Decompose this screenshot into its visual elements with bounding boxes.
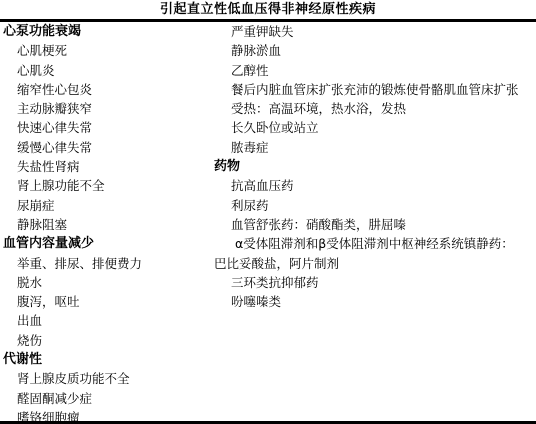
- section-heading-drugs: 药物: [214, 157, 536, 176]
- section-heading-volume-depletion: 血管内容量减少: [3, 234, 208, 253]
- list-item: 失盐性肾病: [3, 157, 208, 176]
- list-item: 脱水: [3, 273, 208, 292]
- list-item: 肾上腺功能不全: [3, 176, 208, 195]
- list-item: 缓慢心律失常: [3, 138, 208, 157]
- list-item-wrapped-line1: α受体阻滞剂和β受体阻滞剂中枢神经系统镇静药：: [214, 234, 536, 253]
- left-column: 心泵功能衰竭 心肌梗死 心肌炎 缩窄性心包炎 主动脉瓣狭窄 快速心律失常 缓慢心…: [3, 22, 208, 424]
- list-item: 主动脉瓣狭窄: [3, 99, 208, 118]
- list-item: 血管舒张药：硝酸酯类，肼屈嗪: [214, 215, 536, 234]
- list-item: 严重钾缺失: [214, 22, 536, 41]
- list-item: 肾上腺皮质功能不全: [3, 369, 208, 388]
- list-item: 乙醇性: [214, 61, 536, 80]
- list-item: 缩窄性心包炎: [3, 80, 208, 99]
- table-title: 引起直立性低血压得非神经原性疾病: [0, 1, 536, 18]
- right-column: 严重钾缺失 静脉淤血 乙醇性 餐后内脏血管床扩张充沛的锻炼使骨骼肌血管床扩张 受…: [214, 22, 536, 311]
- list-item: 静脉阻塞: [3, 215, 208, 234]
- list-item-wrapped-line2: 巴比妥酸盐，阿片制剂: [214, 254, 536, 273]
- list-item: 心肌炎: [3, 61, 208, 80]
- list-item: 心肌梗死: [3, 41, 208, 60]
- list-item: 腹泻，呕吐: [3, 292, 208, 311]
- list-item: 三环类抗抑郁药: [214, 273, 536, 292]
- list-item: 脓毒症: [214, 138, 536, 157]
- list-item: 长久卧位或站立: [214, 118, 536, 137]
- list-item: 抗高血压药: [214, 176, 536, 195]
- list-item: 利尿药: [214, 196, 536, 215]
- list-item: 烧伤: [3, 331, 208, 350]
- list-item: 吩噻嗪类: [214, 292, 536, 311]
- list-item: 出血: [3, 311, 208, 330]
- list-item: 受热：高温环境，热水浴，发热: [214, 99, 536, 118]
- section-heading-metabolic: 代谢性: [3, 350, 208, 369]
- list-item: 静脉淤血: [214, 41, 536, 60]
- section-heading-cardiac-failure: 心泵功能衰竭: [3, 22, 208, 41]
- list-item: 醛固酮减少症: [3, 389, 208, 408]
- list-item: 快速心律失常: [3, 118, 208, 137]
- list-item: 尿崩症: [3, 196, 208, 215]
- list-item: 举重、排尿、排便费力: [3, 254, 208, 273]
- list-item: 餐后内脏血管床扩张充沛的锻炼使骨骼肌血管床扩张: [214, 80, 536, 99]
